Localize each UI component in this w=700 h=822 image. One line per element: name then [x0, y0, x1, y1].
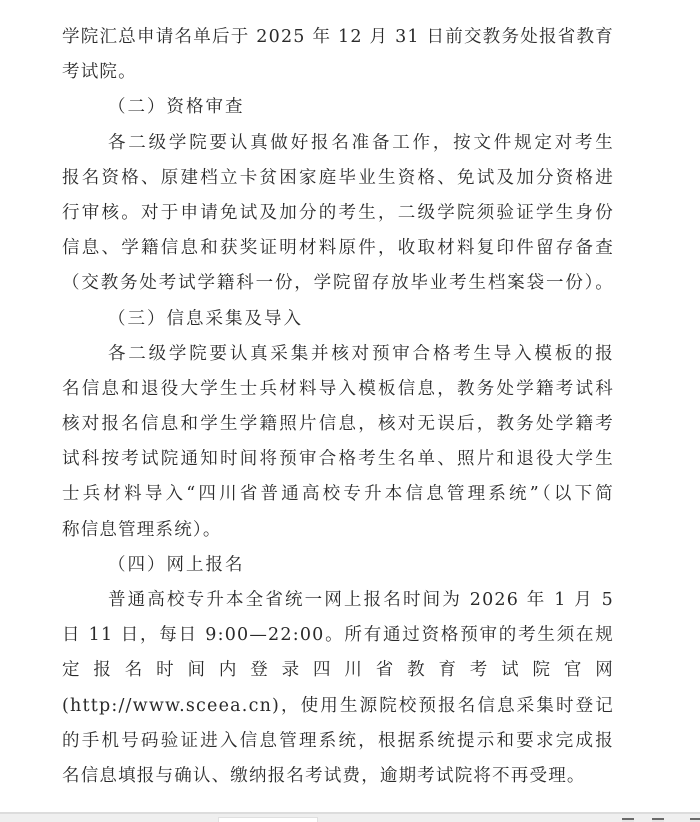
bottom-toolbar — [0, 812, 700, 822]
text-line: 名信息和退役大学生士兵材料导入模板信息，教务处学籍考试科 — [62, 372, 614, 407]
toolbar-button[interactable] — [690, 818, 700, 822]
text-line: （交教务处考试学籍科一份，学院留存放毕业考生档案袋一份）。 — [62, 266, 614, 301]
text-line: 定报名时间内登录四川省教育考试院官网 — [62, 653, 614, 688]
text-line: 名信息填报与确认、缴纳报名考试费，逾期考试院将不再受理。 — [62, 759, 614, 794]
text-line: 试科按考试院通知时间将预审合格考生名单、照片和退役大学生 — [62, 442, 614, 477]
website-line: (http://www.sceea.cn)，使用生源院校预报名信息采集时登记 — [62, 689, 614, 724]
toolbar-button[interactable] — [622, 818, 634, 822]
text-line: 报名资格、原建档立卡贫困家庭毕业生资格、免试及加分资格进 — [62, 161, 614, 196]
document-body: 学院汇总申请名单后于 2025 年 12 月 31 日前交教务处报省教育 考试院… — [62, 20, 614, 794]
text-line: 核对报名信息和学生学籍照片信息，核对无误后，教务处学籍考 — [62, 407, 614, 442]
toolbar-button[interactable] — [652, 818, 664, 822]
text-line: 学院汇总申请名单后于 2025 年 12 月 31 日前交教务处报省教育 — [62, 20, 614, 55]
section-heading-online-registration: （四）网上报名 — [62, 548, 614, 583]
text-line: 称信息管理系统）。 — [62, 513, 614, 548]
text-line: 考试院。 — [62, 55, 614, 90]
page-input[interactable] — [218, 817, 318, 822]
text-line: 的手机号码验证进入信息管理系统，根据系统提示和要求完成报 — [62, 724, 614, 759]
document-page: 学院汇总申请名单后于 2025 年 12 月 31 日前交教务处报省教育 考试院… — [0, 0, 700, 812]
text-line: 日 11 日，每日 9:00—22:00。所有通过资格预审的考生须在规 — [62, 618, 614, 653]
paragraph-start: 各二级学院要认真做好报名准备工作，按文件规定对考生 — [62, 126, 614, 161]
text-line: 行审核。对于申请免试及加分的考生，二级学院须验证学生身份 — [62, 196, 614, 231]
text-line: 信息、学籍信息和获奖证明材料原件，收取材料复印件留存备查 — [62, 231, 614, 266]
paragraph-start: 各二级学院要认真采集并核对预审合格考生导入模板的报 — [62, 337, 614, 372]
section-heading-info-collection: （三）信息采集及导入 — [62, 302, 614, 337]
paragraph-start: 普通高校专升本全省统一网上报名时间为 2026 年 1 月 5 — [62, 583, 614, 618]
section-heading-qualification-review: （二）资格审查 — [62, 90, 614, 125]
text-line: 士兵材料导入“四川省普通高校专升本信息管理系统”（以下简 — [62, 477, 614, 512]
